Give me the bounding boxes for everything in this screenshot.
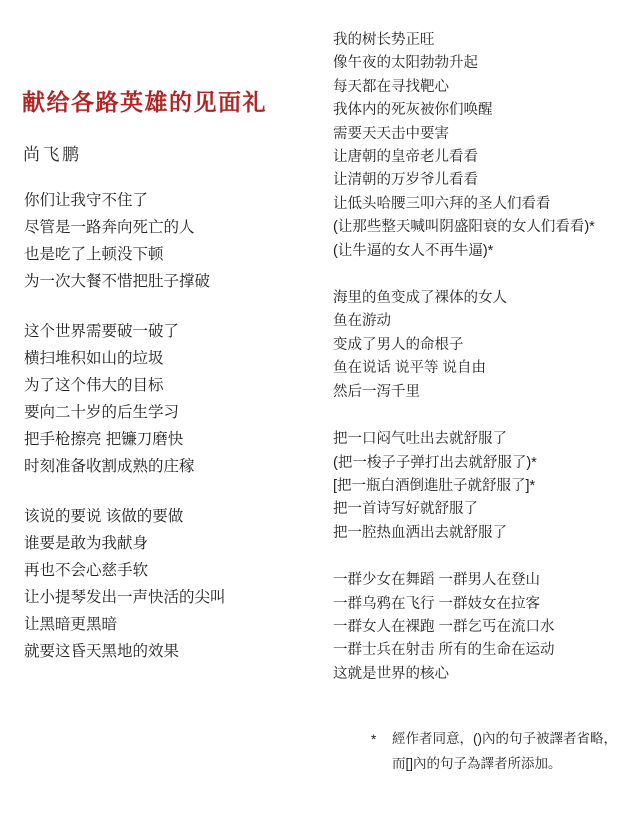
- poem-line: 要向二十岁的后生学习: [24, 399, 324, 426]
- poem-line: 尽管是一路奔向死亡的人: [24, 214, 324, 241]
- footnote-text: 經作者同意，()內的句子被譯者省略，而[]內的句子為譯者所添加。: [392, 726, 631, 776]
- poem-line: 这就是世界的核心: [333, 663, 633, 686]
- poem-title: 献给各路英雄的见面礼: [22, 84, 267, 117]
- poem-line: 把一腔热血洒出去就舒服了: [333, 522, 633, 545]
- poem-line: 让清朝的万岁爷儿看看: [333, 169, 633, 192]
- poem-line: 为了这个伟大的目标: [24, 372, 324, 399]
- stanza: 该说的要说 该做的要做谁要是敢为我献身再也不会心慈手软让小提琴发出一声快活的尖叫…: [24, 503, 324, 665]
- poem-line: 时刻准备收割成熟的庄稼: [24, 453, 324, 480]
- poem-line: 鱼在游动: [333, 310, 633, 333]
- stanza: 这个世界需要破一破了横扫堆积如山的垃圾为了这个伟大的目标要向二十岁的后生学习把手…: [24, 318, 324, 480]
- poem-page: 献给各路英雄的见面礼 尚飞鹏 你们让我守不住了尽管是一路奔向死亡的人也是吃了上顿…: [0, 0, 640, 813]
- stanza: 你们让我守不住了尽管是一路奔向死亡的人也是吃了上顿没下顿为一次大餐不惜把肚子撑破: [24, 187, 324, 295]
- stanza: 一群少女在舞蹈 一群男人在登山一群乌鸦在飞行 一群妓女在拉客一群女人在裸跑 一群…: [333, 569, 633, 686]
- poem-line: 把一口闷气吐出去就舒服了: [333, 428, 633, 451]
- poem-line: 这个世界需要破一破了: [24, 318, 324, 345]
- footnote-marker: *: [371, 727, 376, 752]
- poem-line: 一群女人在裸跑 一群乞丐在流口水: [333, 616, 633, 639]
- stanza: 把一口闷气吐出去就舒服了(把一梭子子弹打出去就舒服了)*[把一瓶白酒倒進肚子就舒…: [333, 428, 633, 545]
- poem-line: 一群士兵在射击 所有的生命在运动: [333, 639, 633, 662]
- poem-line: 也是吃了上顿没下顿: [24, 241, 324, 268]
- poem-line: 每天都在寻找靶心: [333, 76, 633, 99]
- poem-line: (把一梭子子弹打出去就舒服了)*: [333, 452, 633, 475]
- poem-line: 一群少女在舞蹈 一群男人在登山: [333, 569, 633, 592]
- poem-line: 一群乌鸦在飞行 一群妓女在拉客: [333, 593, 633, 616]
- poem-line: 經作者同意，()內的句子被譯者省略，: [392, 726, 631, 751]
- poem-line: 需要天天击中要害: [333, 123, 633, 146]
- poem-line: 而[]內的句子為譯者所添加。: [392, 751, 631, 776]
- stanza: 海里的鱼变成了裸体的女人鱼在游动变成了男人的命根子鱼在说话 说平等 说自由然后一…: [333, 287, 633, 404]
- poem-line: 把手枪擦亮 把镰刀磨快: [24, 426, 324, 453]
- poem-line: 然后一泻千里: [333, 381, 633, 404]
- right-column-stanzas: 我的树长势正旺像午夜的太阳勃勃升起每天都在寻找靶心我体内的死灰被你们唤醒需要天天…: [333, 29, 633, 710]
- poem-line: 让低头哈腰三叩六拜的圣人们看看: [333, 193, 633, 216]
- footnote-body: * 經作者同意，()內的句子被譯者省略，而[]內的句子為譯者所添加。: [371, 726, 631, 776]
- poem-line: 海里的鱼变成了裸体的女人: [333, 287, 633, 310]
- poem-line: 像午夜的太阳勃勃升起: [333, 52, 633, 75]
- poem-line: 为一次大餐不惜把肚子撑破: [24, 268, 324, 295]
- poem-line: 让唐朝的皇帝老儿看看: [333, 146, 633, 169]
- poem-line: 该说的要说 该做的要做: [24, 503, 324, 530]
- poem-line: 横扫堆积如山的垃圾: [24, 345, 324, 372]
- poem-line: 就要这昏天黑地的效果: [24, 638, 324, 665]
- poem-line: 我体内的死灰被你们唤醒: [333, 99, 633, 122]
- stanza: 我的树长势正旺像午夜的太阳勃勃升起每天都在寻找靶心我体内的死灰被你们唤醒需要天天…: [333, 29, 633, 263]
- poem-line: 鱼在说话 说平等 说自由: [333, 357, 633, 380]
- poem-line: (让牛逼的女人不再牛逼)*: [333, 240, 633, 263]
- poem-line: 我的树长势正旺: [333, 29, 633, 52]
- poem-author: 尚飞鹏: [23, 140, 82, 165]
- poem-line: 再也不会心慈手软: [24, 557, 324, 584]
- poem-line: 你们让我守不住了: [24, 187, 324, 214]
- poem-line: 让小提琴发出一声快活的尖叫: [24, 584, 324, 611]
- poem-line: 变成了男人的命根子: [333, 334, 633, 357]
- poem-line: 谁要是敢为我献身: [24, 530, 324, 557]
- poem-line: (让那些整天喊叫阴盛阳衰的女人们看看)*: [333, 216, 633, 239]
- footnote: * 經作者同意，()內的句子被譯者省略，而[]內的句子為譯者所添加。: [371, 726, 631, 776]
- poem-line: 把一首诗写好就舒服了: [333, 498, 633, 521]
- left-column-stanzas: 你们让我守不住了尽管是一路奔向死亡的人也是吃了上顿没下顿为一次大餐不惜把肚子撑破…: [24, 187, 324, 688]
- poem-line: 让黑暗更黑暗: [24, 611, 324, 638]
- poem-line: [把一瓶白酒倒進肚子就舒服了]*: [333, 475, 633, 498]
